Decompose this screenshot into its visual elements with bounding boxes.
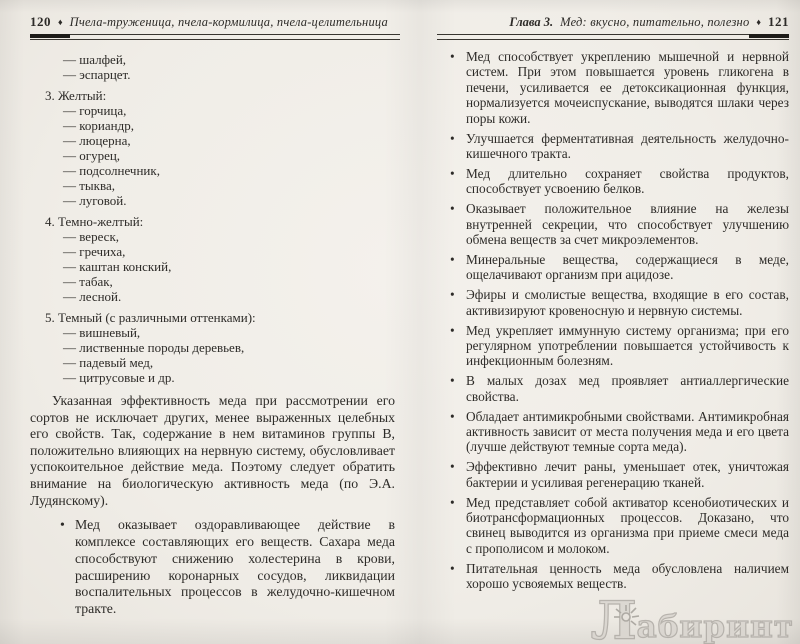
book-scan: 120 ♦ Пчела-труженица, пчела-кормилица, …	[0, 0, 800, 644]
body-paragraph: Указанная эффективность меда при рассмот…	[30, 393, 395, 509]
group-items: — вереск,— гречиха,— каштан конский,— та…	[30, 229, 400, 304]
list-item: — цитрусовые и др.	[63, 370, 400, 385]
list-item: — лесной.	[63, 289, 400, 304]
bullet-item: Мед оказывает оздоравливающее действие в…	[30, 517, 395, 618]
bullet-item: Улучшается ферментативная деятельность ж…	[437, 131, 789, 162]
right-header-chapter: Глава 3.	[509, 15, 553, 30]
right-running-head: Глава 3. Мед: вкусно, питательно, полезн…	[437, 14, 789, 30]
folio-underline	[30, 34, 70, 38]
right-header-rule	[437, 34, 789, 40]
group-label: 4. Темно-желтый:	[45, 214, 400, 229]
list-item: — горчица,	[63, 103, 400, 118]
diamond-icon: ♦	[58, 17, 63, 27]
page-left: 120 ♦ Пчела-труженица, пчела-кормилица, …	[30, 14, 400, 618]
group-items: — вишневый,— лиственные породы деревьев,…	[30, 325, 400, 385]
honey-color-group-dark-yellow: 4. Темно-желтый: — вереск,— гречиха,— ка…	[30, 214, 400, 304]
list-item: — табак,	[63, 274, 400, 289]
honey-color-group-yellow: 3. Желтый: — горчица,— кориандр,— люцерн…	[30, 88, 400, 208]
bullet-item: Питательная ценность меда обусловлена на…	[437, 561, 789, 592]
group-label: 3. Желтый:	[45, 88, 400, 103]
list-item: — эспарцет.	[63, 67, 400, 82]
list-item: — шалфей,	[63, 52, 400, 67]
left-running-head: 120 ♦ Пчела-труженица, пчела-кормилица, …	[30, 14, 400, 30]
left-header-title: Пчела-труженица, пчела-кормилица, пчела-…	[70, 15, 388, 30]
bullet-item: Мед длительно сохраняет свойства продукт…	[437, 166, 789, 197]
sun-icon	[613, 602, 643, 628]
bullet-item: Обладает антимикробными свойствами. Анти…	[437, 409, 789, 455]
bullet-item: Эфиры и смолистые вещества, входящие в е…	[437, 287, 789, 318]
labirint-watermark: Л абиринт	[591, 600, 794, 644]
bullet-item: Мед способствует укреплению мышечной и н…	[437, 49, 789, 126]
list-item: — кориандр,	[63, 118, 400, 133]
right-header-title: Мед: вкусно, питательно, полезно	[560, 15, 749, 30]
group-items: — горчица,— кориандр,— люцерна,— огурец,…	[30, 103, 400, 208]
bullet-item: Оказывает положительное влияние на желез…	[437, 201, 789, 247]
right-page-number: 121	[768, 14, 789, 30]
diamond-icon: ♦	[756, 17, 761, 27]
list-item: — гречиха,	[63, 244, 400, 259]
list-item: — вереск,	[63, 229, 400, 244]
list-item: — люцерна,	[63, 133, 400, 148]
list-item: — тыква,	[63, 178, 400, 193]
honey-list-intro: — шалфей,— эспарцет.	[30, 52, 400, 82]
left-header-rule	[30, 34, 400, 40]
honey-benefits-list: Мед способствует укреплению мышечной и н…	[437, 49, 789, 592]
page-right: Глава 3. Мед: вкусно, питательно, полезн…	[437, 14, 789, 596]
list-item: — каштан конский,	[63, 259, 400, 274]
bullet-item: Минеральные вещества, содержащиеся в мед…	[437, 252, 789, 283]
list-item: — падевый мед,	[63, 355, 400, 370]
left-page-number: 120	[30, 14, 51, 30]
bullet-item: Мед представляет собой активатор ксеноби…	[437, 495, 789, 557]
list-item: — подсолнечник,	[63, 163, 400, 178]
folio-underline	[749, 34, 789, 38]
watermark-text: абиринт	[637, 610, 794, 644]
bullet-item: Эффективно лечит раны, уменьшает отек, у…	[437, 459, 789, 490]
bullet-item: В малых дозах мед проявляет антиаллергич…	[437, 373, 789, 404]
list-item: — лиственные породы деревьев,	[63, 340, 400, 355]
list-item: — луговой.	[63, 193, 400, 208]
group-label: 5. Темный (с различными оттенками):	[45, 310, 400, 325]
honey-color-group-dark: 5. Темный (с различными оттенками): — ви…	[30, 310, 400, 385]
list-item: — вишневый,	[63, 325, 400, 340]
list-item: — огурец,	[63, 148, 400, 163]
bullet-item: Мед укрепляет иммунную систему организма…	[437, 323, 789, 369]
